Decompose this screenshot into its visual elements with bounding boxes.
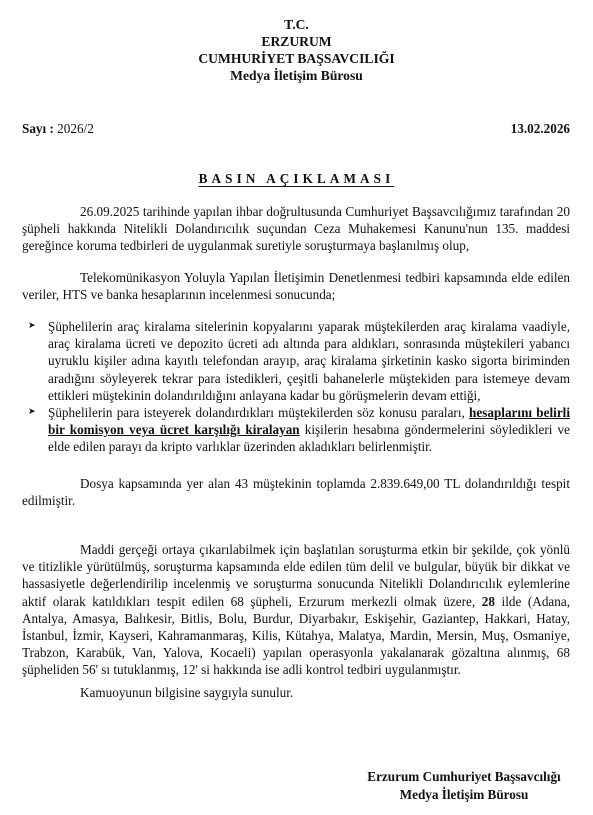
- reference-number: Sayı : 2026/2: [22, 120, 94, 137]
- document-title: BASIN AÇIKLAMASI: [199, 171, 395, 186]
- list-item: ➤ Şüphelilerin para isteyerek dolandırdı…: [28, 404, 570, 456]
- document-title-wrap: BASIN AÇIKLAMASI: [0, 170, 593, 187]
- province-count: 28: [482, 594, 495, 609]
- findings-list: ➤ Şüphelilerin araç kiralama sitelerinin…: [28, 318, 570, 456]
- header-office: CUMHURİYET BAŞSAVCILIĞI: [0, 50, 593, 67]
- header-tc: T.C.: [0, 16, 593, 33]
- reference-label: Sayı :: [22, 121, 54, 136]
- signature-bureau: Medya İletişim Bürosu: [360, 786, 568, 804]
- document-header: T.C. ERZURUM CUMHURİYET BAŞSAVCILIĞI Med…: [0, 16, 593, 84]
- arrow-bullet-icon: ➤: [28, 318, 36, 335]
- paragraph-operation: Maddi gerçeği ortaya çıkarılabilmek için…: [22, 541, 570, 679]
- signature-office: Erzurum Cumhuriyet Başsavcılığı: [360, 768, 568, 786]
- list-item-text-before: Şüphelilerin para isteyerek dolandırdıkl…: [48, 405, 469, 420]
- paragraph-damage-total: Dosya kapsamında yer alan 43 müştekinin …: [22, 475, 570, 509]
- list-item-text: Şüphelilerin araç kiralama sitelerinin k…: [48, 319, 570, 403]
- header-city: ERZURUM: [0, 33, 593, 50]
- list-item: ➤ Şüphelilerin araç kiralama sitelerinin…: [28, 318, 570, 404]
- document-date: 13.02.2026: [511, 120, 570, 137]
- paragraph-closing: Kamuoyunun bilgisine saygıyla sunulur.: [22, 684, 570, 701]
- header-bureau: Medya İletişim Bürosu: [0, 67, 593, 84]
- arrow-bullet-icon: ➤: [28, 404, 36, 421]
- paragraph-findings-intro: Telekomünikasyon Yoluyla Yapılan İletişi…: [22, 269, 570, 303]
- reference-value: 2026/2: [54, 121, 94, 136]
- paragraph-intro: 26.09.2025 tarihinde yapılan ihbar doğru…: [22, 203, 570, 255]
- signature-block: Erzurum Cumhuriyet Başsavcılığı Medya İl…: [360, 768, 568, 804]
